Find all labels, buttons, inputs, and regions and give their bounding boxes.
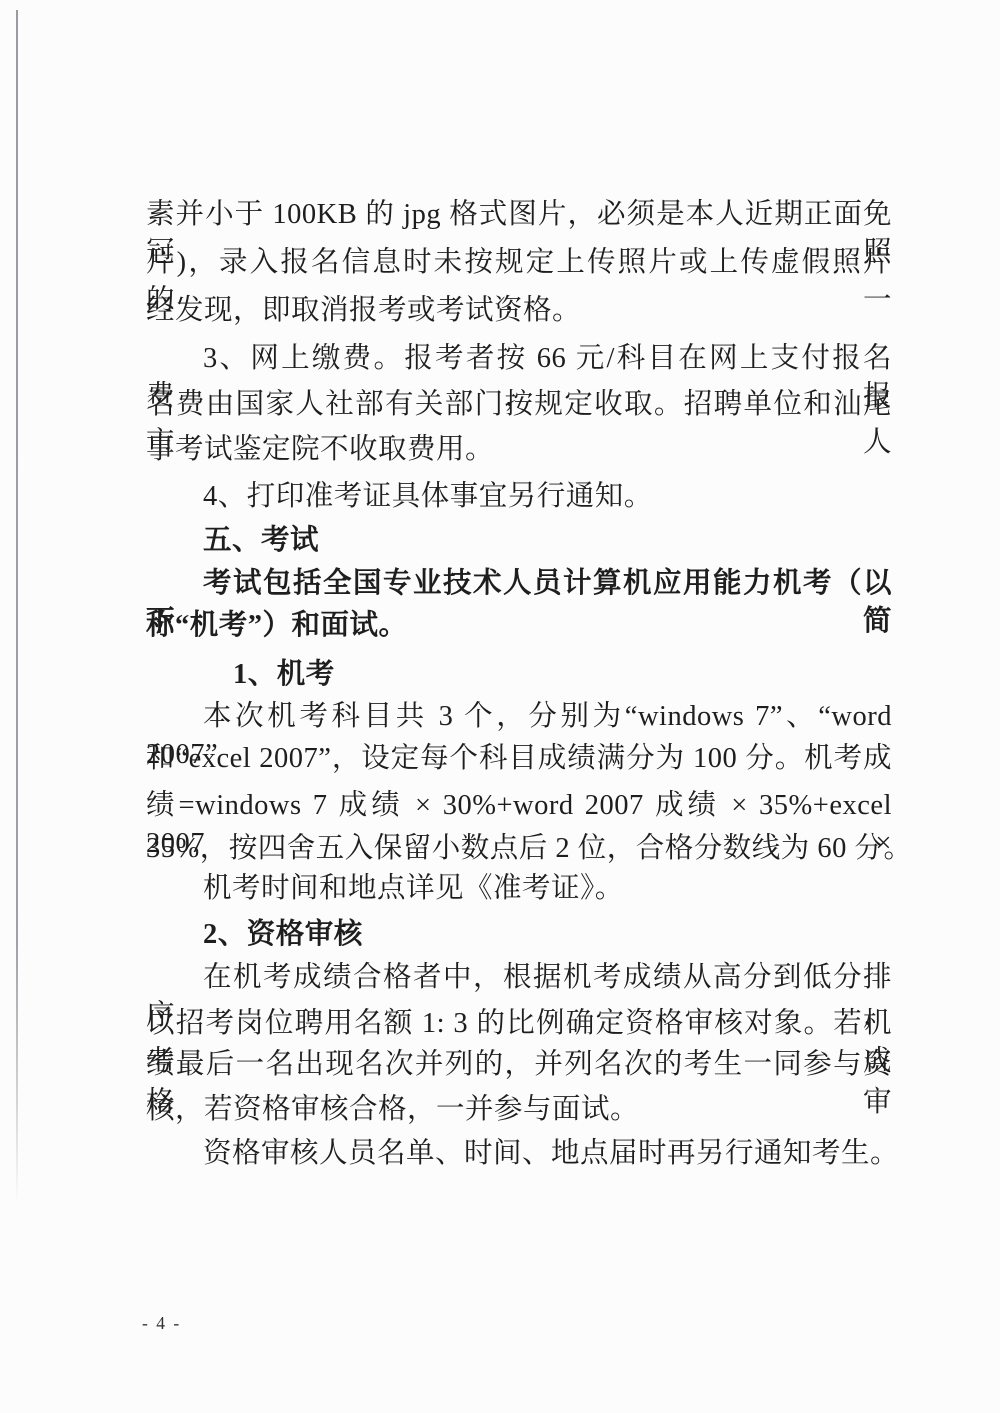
text-line: 核，若资格审核合格，一并参与面试。 <box>146 1091 892 1131</box>
text-line: 绩最后一名出现名次并列的，并列名次的考生一同参与资格审 <box>146 1046 892 1086</box>
text-line: 4、打印准考证具体事宜另行通知。 <box>146 478 892 518</box>
text-line: 35%，按四舍五入保留小数点后 2 位，合格分数线为 60 分。 <box>146 830 892 870</box>
text-line: 以招考岗位聘用名额 1: 3 的比例确定资格审核对象。若机考成 <box>146 1005 892 1045</box>
scan-edge-artifact <box>16 10 18 1205</box>
text-line: 本次机考科目共 3 个，分别为“windows 7”、“word 2007” <box>146 698 892 738</box>
text-line: 3、网上缴费。报考者按 66 元/科目在网上支付报名费，报 <box>146 340 892 380</box>
document-body: 素并小于 100KB 的 jpg 格式图片，必须是本人近期正面免冠照 片)，录入… <box>146 0 892 1413</box>
section-heading: 五、考试 <box>146 522 892 562</box>
text-line: 资格审核人员名单、时间、地点届时再另行通知考生。 <box>146 1135 892 1175</box>
text-line: 经发现，即取消报考或考试资格。 <box>146 292 892 332</box>
text-line: 名费由国家人社部有关部门按规定收取。招聘单位和汕尾市人 <box>146 386 892 426</box>
page-number: - 4 - <box>142 1313 181 1334</box>
text-line: 片)，录入报名信息时未按规定上传照片或上传虚假照片的，一 <box>146 244 892 284</box>
text-line: 机考时间和地点详见《准考证》。 <box>146 870 892 910</box>
text-line: 事考试鉴定院不收取费用。 <box>146 431 892 471</box>
text-line: 素并小于 100KB 的 jpg 格式图片，必须是本人近期正面免冠照 <box>146 196 892 236</box>
text-line: 和“excel 2007”，设定每个科目成绩满分为 100 分。机考成 <box>146 740 892 780</box>
subsection-heading: 2、资格审核 <box>146 916 892 956</box>
text-line: 在机考成绩合格者中，根据机考成绩从高分到低分排序， <box>146 959 892 999</box>
text-line: 考试包括全国专业技术人员计算机应用能力机考（以下简 <box>146 565 892 605</box>
text-line: 绩=windows 7 成绩 × 30%+word 2007 成绩 × 35%+… <box>146 787 892 827</box>
document-page: 素并小于 100KB 的 jpg 格式图片，必须是本人近期正面免冠照 片)，录入… <box>0 0 1000 1413</box>
text-line: 称“机考”）和面试。 <box>146 607 892 647</box>
subsection-heading: 1、机考 <box>146 656 892 696</box>
